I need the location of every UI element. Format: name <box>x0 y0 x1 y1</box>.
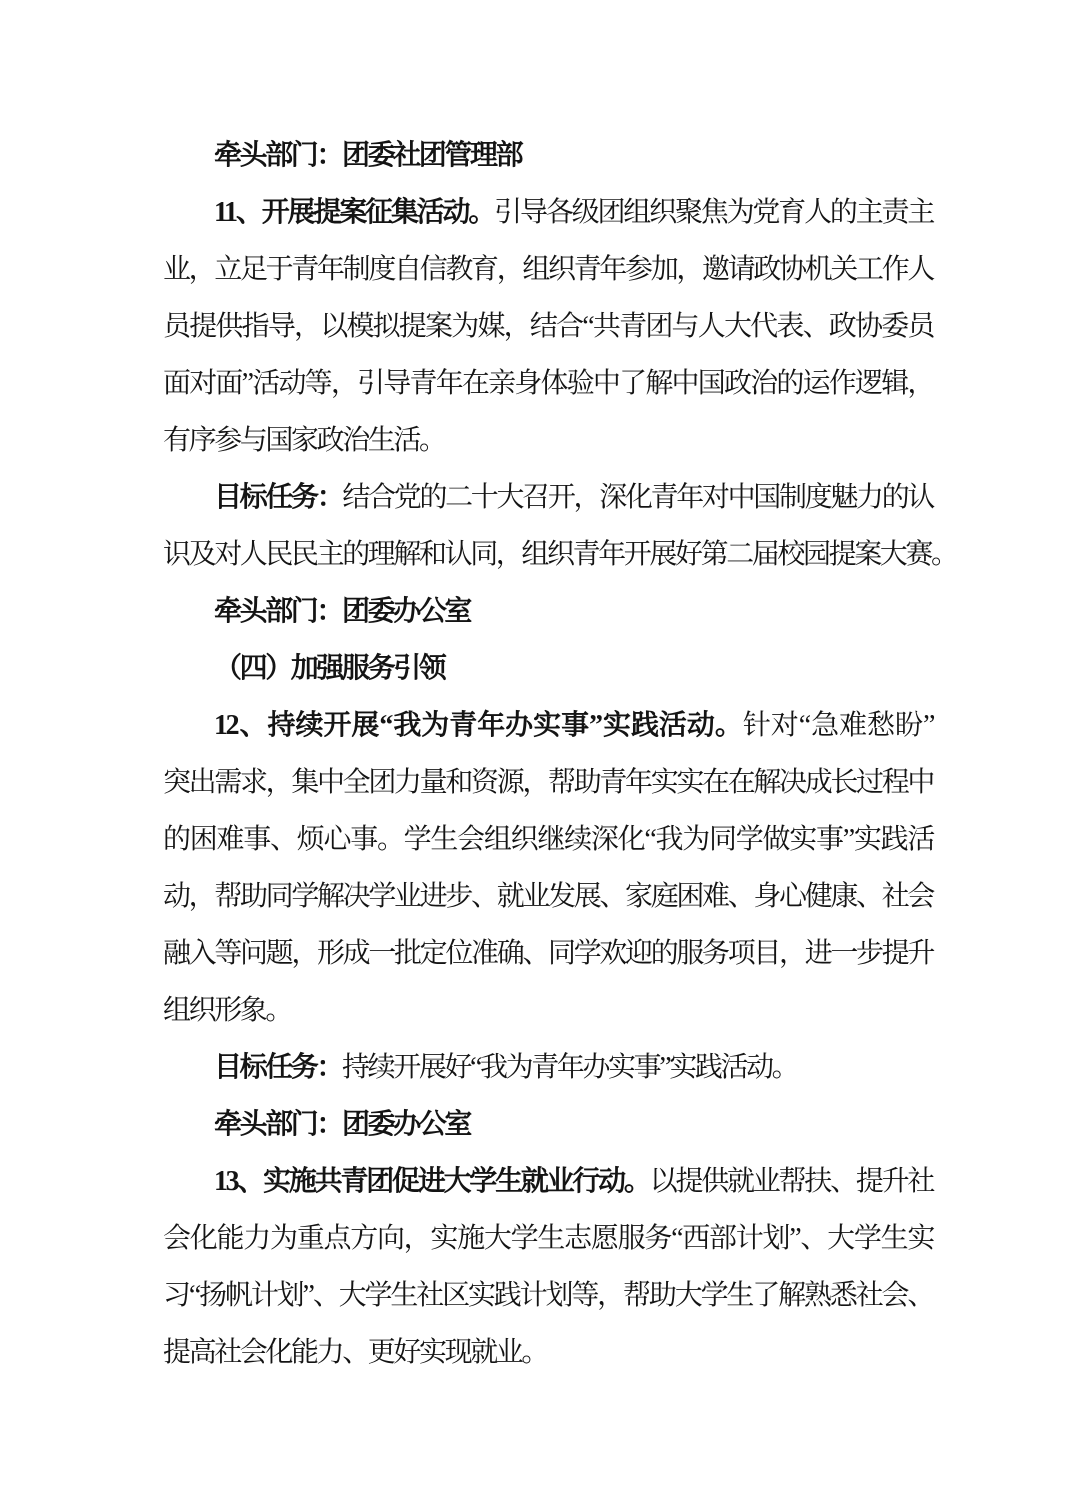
text-line: 12、持续开展“我为青年办实事”实践活动。针对“急难愁盼” <box>163 697 933 754</box>
paragraph: 牵头部门：团委办公室 <box>163 583 933 640</box>
text-line: 11、开展提案征集活动。引导各级团组织聚焦为党育人的主责主 <box>163 184 933 241</box>
text-line: 融入等问题，形成一批定位准确、同学欢迎的服务项目，进一步提升 <box>163 925 933 982</box>
paragraph: 12、持续开展“我为青年办实事”实践活动。针对“急难愁盼”突出需求，集中全团力量… <box>163 697 933 1039</box>
text-line: 提高社会化能力、更好实现就业。 <box>163 1324 933 1381</box>
text-line: 的困难事、烦心事。学生会组织继续深化“我为同学做实事”实践活 <box>163 811 933 868</box>
bold-lead-text: 目标任务： <box>214 1052 342 1083</box>
text-line: 突出需求，集中全团力量和资源，帮助青年实实在在解决成长过程中 <box>163 754 933 811</box>
text-line: 识及对人民民主的理解和认同，组织青年开展好第二届校园提案大赛。 <box>163 526 933 583</box>
bold-lead-text: （四）加强服务引领 <box>214 653 444 684</box>
text-line: 员提供指导，以模拟提案为媒，结合“共青团与人大代表、政协委员 <box>163 298 933 355</box>
document-body: 牵头部门：团委社团管理部11、开展提案征集活动。引导各级团组织聚焦为党育人的主责… <box>163 127 933 1381</box>
bold-lead-text: 13、实施共青团促进大学生就业行动。 <box>214 1166 650 1197</box>
text-line: 目标任务：结合党的二十大召开，深化青年对中国制度魅力的认 <box>163 469 933 526</box>
text-line: 有序参与国家政治生活。 <box>163 412 933 469</box>
text-line: 会化能力为重点方向，实施大学生志愿服务“西部计划”、大学生实 <box>163 1210 933 1267</box>
text-line: 牵头部门：团委社团管理部 <box>163 127 933 184</box>
bold-lead-text: 牵头部门：团委办公室 <box>214 1109 470 1140</box>
text-line: 牵头部门：团委办公室 <box>163 1096 933 1153</box>
document-page: 牵头部门：团委社团管理部11、开展提案征集活动。引导各级团组织聚焦为党育人的主责… <box>0 0 1080 1486</box>
paragraph: 牵头部门：团委办公室 <box>163 1096 933 1153</box>
text-line: 习“扬帆计划”、大学生社区实践计划等，帮助大学生了解熟悉社会、 <box>163 1267 933 1324</box>
text-line: 牵头部门：团委办公室 <box>163 583 933 640</box>
bold-lead-text: 牵头部门：团委社团管理部 <box>214 140 521 171</box>
paragraph: 13、实施共青团促进大学生就业行动。以提供就业帮扶、提升社会化能力为重点方向，实… <box>163 1153 933 1381</box>
paragraph: 目标任务：持续开展好“我为青年办实事”实践活动。 <box>163 1039 933 1096</box>
paragraph: （四）加强服务引领 <box>163 640 933 697</box>
text-line: 目标任务：持续开展好“我为青年办实事”实践活动。 <box>163 1039 933 1096</box>
text-line: 13、实施共青团促进大学生就业行动。以提供就业帮扶、提升社 <box>163 1153 933 1210</box>
bold-lead-text: 11、开展提案征集活动。 <box>214 197 494 228</box>
text-line: 动，帮助同学解决学业进步、就业发展、家庭困难、身心健康、社会 <box>163 868 933 925</box>
bold-lead-text: 12、持续开展“我为青年办实事”实践活动。 <box>214 710 743 741</box>
bold-lead-text: 牵头部门：团委办公室 <box>214 596 470 627</box>
text-line: （四）加强服务引领 <box>163 640 933 697</box>
paragraph: 目标任务：结合党的二十大召开，深化青年对中国制度魅力的认识及对人民民主的理解和认… <box>163 469 933 583</box>
text-line: 面对面”活动等，引导青年在亲身体验中了解中国政治的运作逻辑， <box>163 355 933 412</box>
paragraph: 牵头部门：团委社团管理部 <box>163 127 933 184</box>
text-line: 业，立足于青年制度自信教育，组织青年参加，邀请政协机关工作人 <box>163 241 933 298</box>
bold-lead-text: 目标任务： <box>214 482 342 513</box>
text-line: 组织形象。 <box>163 982 933 1039</box>
paragraph: 11、开展提案征集活动。引导各级团组织聚焦为党育人的主责主业，立足于青年制度自信… <box>163 184 933 469</box>
